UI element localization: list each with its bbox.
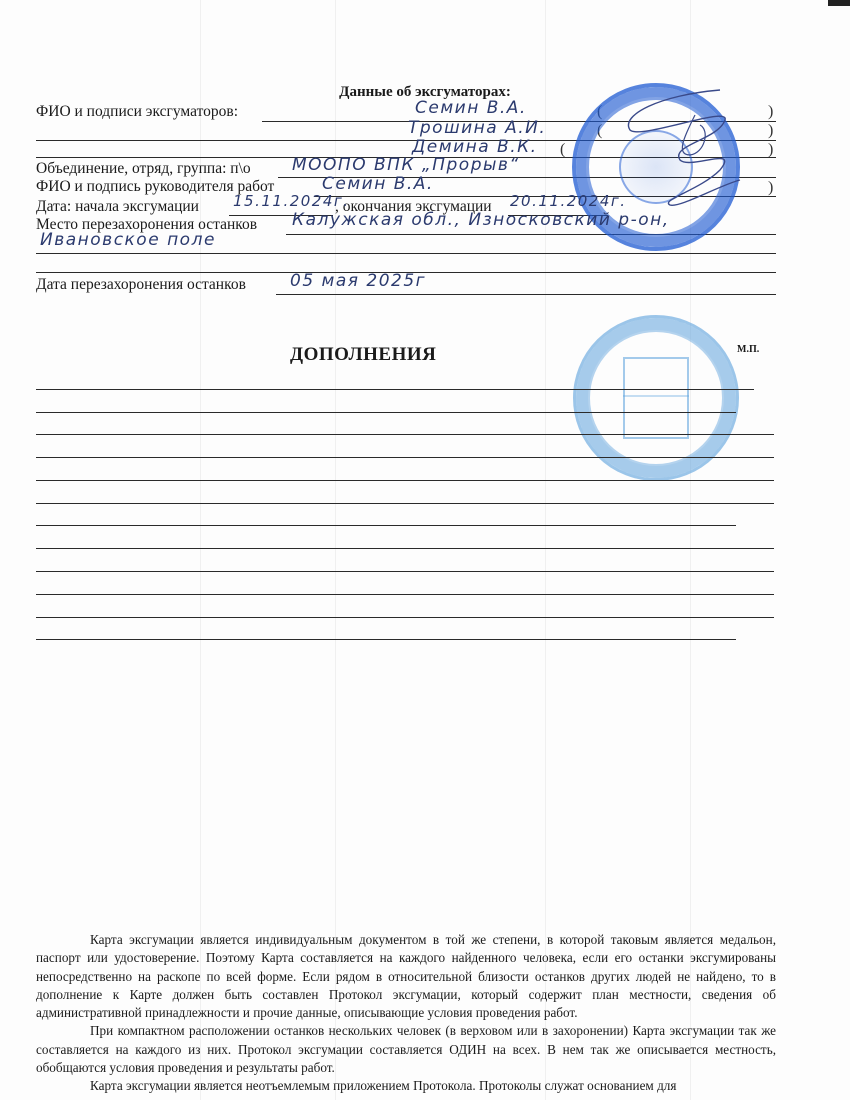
signature-close-paren-2: ) [768,122,773,140]
additions-line-10 [36,594,774,595]
unit-value: МООПО ВПК „Прорыв“ [292,155,520,175]
reburial-date-label: Дата перезахоронения останков [36,276,246,294]
supervisor-value: Семин В.А. [322,174,434,194]
signature-scribble [600,85,750,210]
exhumer-name-2: Трошина А.И. [408,118,546,138]
reburial-place-line-2 [36,253,776,254]
additions-line-9 [36,571,774,572]
additions-line-11 [36,617,774,618]
scan-edge-mark [828,0,850,6]
unit-label: Объединение, отряд, группа: п\о [36,160,251,178]
additions-line-8 [36,548,774,549]
additions-line-6 [36,503,774,504]
signature-close-paren-1: ) [768,103,773,121]
additions-line-1 [36,389,754,390]
signature-close-paren-3: ) [768,141,773,159]
additions-line-2 [36,412,736,413]
reburial-date-line [276,294,776,295]
signature-open-paren-3: ( [560,141,565,159]
note-paragraph-3: Карта эксгумации является неотъемлемым п… [36,1077,776,1095]
reburial-place-value-1: Калужская обл., Износковский р-он, [292,210,670,230]
dates-row: Дата: начала эксгумации [36,198,199,216]
additions-line-7 [36,525,736,526]
coat-of-arms-icon [623,357,689,439]
supervisor-close-paren: ) [768,179,773,197]
additions-line-5 [36,480,774,481]
note-paragraph-2: При компактном расположении останков нес… [36,1022,776,1077]
reburial-date-value: 05 мая 2025г [290,271,426,291]
reburial-place-value-2: Ивановское поле [40,230,216,250]
exhumer-name-1: Семин В.А. [415,98,527,118]
exhumers-label: ФИО и подписи эксгуматоров: [36,103,238,121]
additions-line-3 [36,434,774,435]
start-date-value: 15.11.2024г. [233,192,350,210]
document-page: Данные об эксгуматорах: ФИО и подписи эк… [0,0,850,1100]
explanatory-notes: Карта эксгумации является индивидуальным… [36,931,776,1096]
note-paragraph-1: Карта эксгумации является индивидуальным… [36,931,776,1022]
additions-title: ДОПОЛНЕНИЯ [290,344,436,366]
stamp-place-label: М.П. [737,344,759,355]
additions-line-4 [36,457,774,458]
additions-line-12 [36,639,736,640]
exhumer-name-3: Демина В.К. [412,137,538,157]
